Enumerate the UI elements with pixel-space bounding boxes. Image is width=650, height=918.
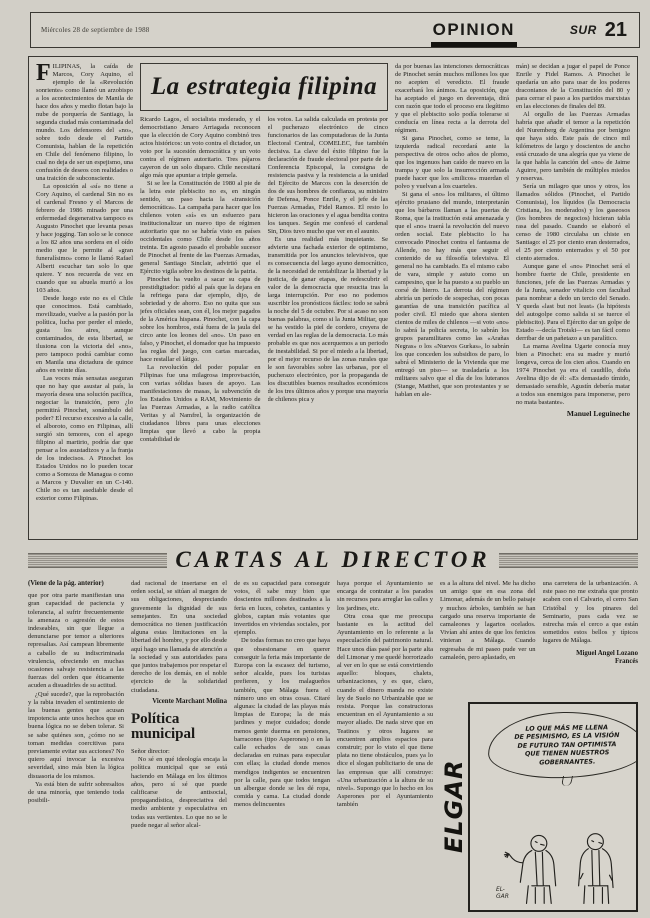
banner-hatch-right [499, 553, 638, 568]
cartoonist-signature-inner: EL- GAR [496, 887, 509, 900]
article-title: La estrategia filipina [151, 73, 377, 101]
paragraph: es a la altura del nivel. Me ha dicho un… [440, 580, 536, 662]
letters-column-4: haya porque el Ayuntamiento se encarga d… [337, 580, 433, 912]
paragraph: No sé en qué ideología encaja la polític… [131, 756, 227, 830]
article-middle-wrap: La estrategia filipina Ricardo Lagos, el… [140, 63, 388, 533]
cartoon-men-drawing [470, 828, 636, 910]
article-column-4: da por buenas las intenciones democrátic… [395, 63, 509, 533]
paragraph: Ricardo Lagos, el socialista moderado, y… [140, 116, 261, 180]
paragraph: ¿Qué sucede?, que la reprobación y la ra… [28, 691, 124, 781]
paragraph: de es su capacidad para conseguir votos,… [234, 580, 330, 637]
letter-heading-politica-municipal: Política municipal [131, 712, 227, 742]
letter-text: dad racional de insertarse en el orden s… [131, 580, 227, 695]
paragraph: mán) se decidan a jugar el papel de Ponc… [516, 63, 630, 111]
paragraph: Si gana Pinochet, como se teme, la izqui… [395, 135, 509, 191]
article-column-5: mán) se decidan a jugar el papel de Ponc… [516, 63, 630, 533]
paragraph: Al orgullo de las Fuerzas Armadas habría… [516, 111, 630, 183]
article-column-1: FILIPINAS, la caída de Marcos, Cory Aqui… [36, 63, 133, 533]
paragraph: Es una realidad más inquietante. Se advi… [268, 236, 389, 404]
article-column-5-text: mán) se decidan a jugar el papel de Ponc… [516, 63, 630, 407]
paragraph: los votos. La salida calculada en protes… [268, 116, 389, 236]
letters-column-1: (Viene de la pág. anterior) que por otra… [28, 580, 124, 912]
letter-text: una carretera de la urbanización. A este… [543, 580, 639, 646]
opinion-article: FILIPINAS, la caída de Marcos, Cory Aqui… [28, 56, 638, 540]
letter-text: Señor director:No sé en qué ideología en… [131, 748, 227, 830]
letters-column-5: es a la altura del nivel. Me ha dicho un… [440, 580, 536, 698]
paragraph: que por otra parte manifiestan una gran … [28, 592, 124, 690]
continuation-note: (Viene de la pág. anterior) [28, 580, 124, 588]
paragraph: Aunque gane el «no» Pinochet será el hom… [516, 263, 630, 343]
letter-signature-marchant: Vicente Marchant Molina [131, 698, 227, 706]
cartoonist-signature-vertical: ELGAR [440, 702, 468, 912]
paragraph: Las voces más sensatas aseguran que no h… [36, 375, 133, 503]
paragraph: Sería un milagro que unos y otros, los l… [516, 183, 630, 263]
letters-section-banner: CARTAS AL DIRECTOR [28, 546, 638, 574]
paragraph: da por buenas las intenciones democrátic… [395, 63, 509, 135]
page-header: Miércoles 28 de septiembre de 1988 OPINI… [30, 12, 640, 48]
letters-column-6: una carretera de la urbanización. A este… [543, 580, 639, 698]
letters-section: (Viene de la pág. anterior) que por otra… [28, 580, 638, 912]
paragraph: Pinochet ha vuelto a sacar su capa de pr… [140, 276, 261, 364]
letter-signature-lozano: Miguel Angel Lozano Francés [552, 650, 638, 666]
letters-column-2: dad racional de insertarse en el orden s… [131, 580, 227, 912]
paragraph: La mama Avelina Ugarte conocía muy bien … [516, 343, 630, 407]
header-date: Miércoles 28 de septiembre de 1988 [31, 26, 433, 34]
letters-column-3: de es su capacidad para conseguir votos,… [234, 580, 330, 912]
article-column-2: Ricardo Lagos, el socialista moderado, y… [140, 116, 261, 533]
paragraph: Ya está bien de sufrir sobresaltos de un… [28, 781, 124, 806]
letters-right-wrap: es a la altura del nivel. Me ha dicho un… [440, 580, 638, 912]
paragraph: dad racional de insertarse en el orden s… [131, 580, 227, 695]
section-label: OPINION [433, 20, 515, 40]
paragraph: Señor director: [131, 748, 227, 756]
newspaper-brand: SUR [570, 23, 597, 37]
banner-hatch-left [28, 553, 167, 568]
speech-bubble: LO QUE MÁS ME LLENA DE PESIMISMO, ES LA … [487, 711, 638, 780]
paragraph: haya porque el Ayuntamiento se encarga d… [337, 580, 433, 613]
paragraph: FILIPINAS, la caída de Marcos, Cory Aqui… [36, 63, 133, 183]
letter-text: que por otra parte manifiestan una gran … [28, 592, 124, 805]
paragraph: Si gana el «no» los militares, el último… [395, 191, 509, 399]
article-column-3: los votos. La salida calculada en protes… [268, 116, 389, 533]
cartoon-box: LO QUE MÁS ME LLENA DE PESIMISMO, ES LA … [468, 702, 638, 912]
paragraph: De todas formas no creo que haya que obs… [234, 637, 330, 809]
article-title-box: La estrategia filipina [140, 63, 388, 111]
paragraph: Si se lee la Constitución de 1980 al pie… [140, 180, 261, 276]
paragraph: Desde luego este no es el Chile que cono… [36, 295, 133, 375]
paragraph: Otra cosa que me preocupa bastante es la… [337, 613, 433, 810]
page-number: 21 [605, 19, 627, 42]
paragraph: una carretera de la urbanización. A este… [543, 580, 639, 646]
editorial-cartoon: ELGAR LO QUE MÁS ME LLENA DE PESIMISMO, … [440, 702, 638, 912]
speech-bubble-tail [561, 776, 573, 786]
letters-section-title: CARTAS AL DIRECTOR [175, 547, 490, 573]
paragraph: La revolución del poder popular en Filip… [140, 364, 261, 444]
paragraph: La oposición al «sí» no tiene a Cory Aqu… [36, 183, 133, 295]
article-byline: Manuel Leguineche [516, 410, 630, 418]
